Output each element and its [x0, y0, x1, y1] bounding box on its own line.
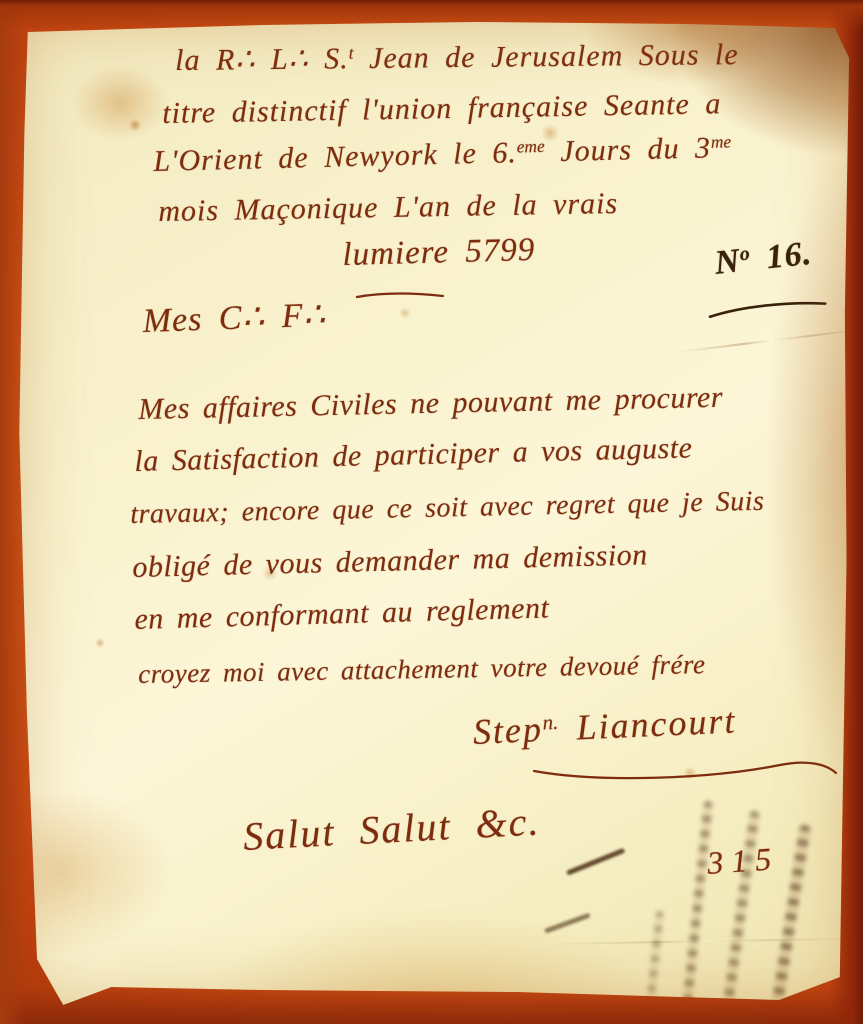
body-line-4: obligé de vous demander ma demission	[132, 538, 648, 585]
registry-number-value: 16.	[748, 235, 814, 278]
header-line-3-mid: Jours du 3	[544, 131, 711, 168]
registry-number: No 16.	[713, 235, 814, 283]
ink-bleedthrough-stroke-1	[683, 801, 713, 1006]
header-line-5-date: lumiere 5799	[342, 232, 536, 274]
salutation-line: Mes C∴ F∴	[142, 295, 327, 341]
header-line-3: L'Orient de Newyork le 6.eme Jours du 3m…	[153, 131, 732, 179]
body-line-2: la Satisfaction de participer a vos augu…	[134, 431, 693, 479]
ink-smudge-dash-1	[566, 848, 625, 876]
ink-bleedthrough-stroke-2	[722, 810, 759, 1007]
signature-surname: Liancourt	[558, 700, 738, 748]
body-line-1: Mes affaires Civiles ne pouvant me procu…	[138, 381, 723, 427]
registry-number-underline-flourish	[707, 294, 828, 322]
header-line-1-text: la R∴ L∴ S.	[175, 42, 349, 77]
signature-line: Stepn. Liancourt	[472, 699, 737, 752]
photo-backing-board: la R∴ L∴ S.t Jean de Jerusalem Sous le t…	[0, 0, 863, 1024]
body-line-3: travaux; encore que ce soit avec regret …	[130, 486, 765, 531]
lumiere-underline-flourish	[355, 289, 445, 303]
header-line-4: mois Maçonique L'an de la vrais	[158, 187, 618, 229]
ink-smudge-dash-2	[544, 913, 591, 934]
header-line-3-text: L'Orient de Newyork le 6.	[153, 136, 517, 178]
ink-bleedthrough-stroke-4	[646, 911, 664, 1006]
registry-number-n: N	[713, 242, 742, 281]
fold-crease-top-right	[678, 328, 863, 353]
header-line-1: la R∴ L∴ S.t Jean de Jerusalem Sous le	[175, 37, 739, 78]
letter-paper: la R∴ L∴ S.t Jean de Jerusalem Sous le t…	[10, 13, 855, 1011]
signature-swash-flourish	[530, 753, 840, 785]
signature-superscript: n.	[542, 710, 559, 735]
signature-firstname: Step	[472, 709, 544, 752]
header-line-1-rest: Jean de Jerusalem Sous le	[353, 38, 738, 75]
header-line-3-superscript-1: eme	[516, 136, 544, 157]
fold-crease-bottom-right	[550, 938, 860, 945]
header-line-3-superscript-2: me	[711, 131, 732, 151]
body-line-5: en me conformant au reglement	[134, 591, 550, 637]
header-line-2: titre distinctif l'union française Seant…	[162, 87, 722, 131]
farewell-line: Salut Salut &c.	[242, 797, 541, 859]
body-line-6-closing: croyez moi avec attachement votre devoué…	[138, 649, 706, 690]
